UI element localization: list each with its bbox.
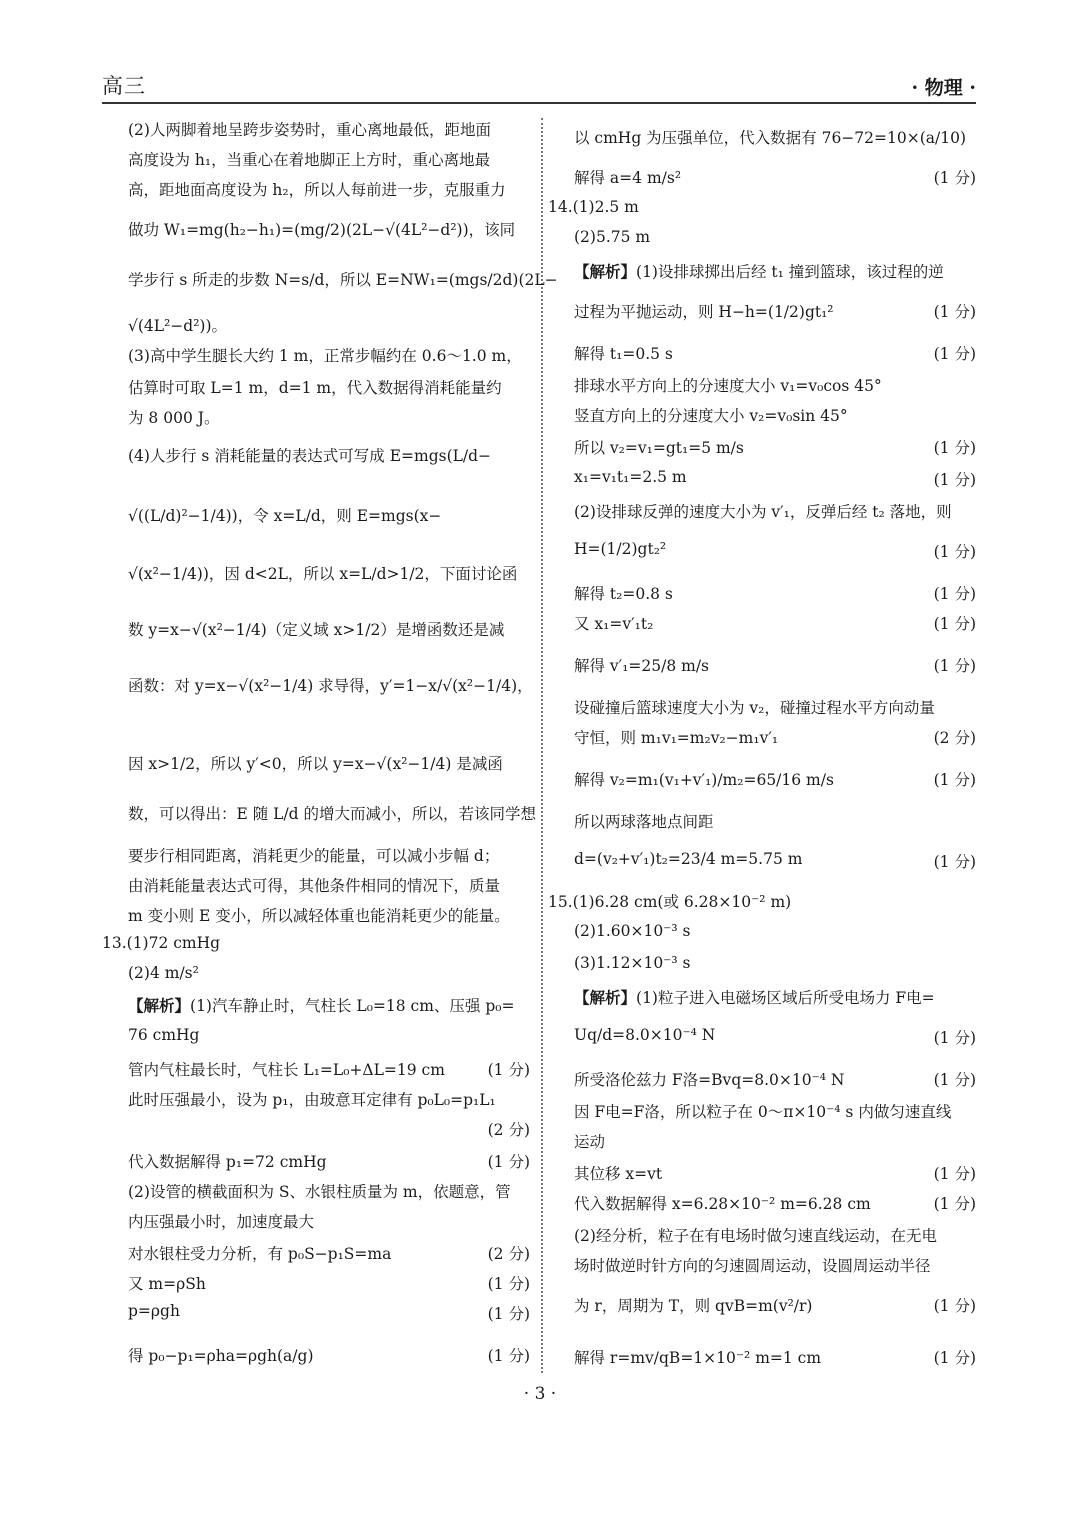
text-line: 又 m=ρSh(1 分)	[128, 1272, 530, 1294]
line-text: 高度设为 h₁，当重心在着地脚正上方时，重心离地最	[128, 148, 490, 170]
line-text: 所以两球落地点间距	[574, 810, 714, 832]
text-line: 14.(1)2.5 m	[548, 198, 976, 216]
analysis-label: 【解析】	[574, 262, 636, 281]
text-line: 因 F电=F洛，所以粒子在 0～π×10⁻⁴ s 内做匀速直线	[574, 1100, 976, 1122]
score-points: (1 分)	[934, 342, 976, 364]
line-text: 做功 W₁=mg(h₂−h₁)=(mg/2)(2L−√(4L²−d²))，该同	[128, 218, 515, 240]
text-line: 为 r，周期为 T，则 qvB=m(v²/r)(1 分)	[574, 1294, 976, 1316]
line-text: 13.(1)72 cmHg	[102, 934, 220, 952]
text-line: √(4L²−d²))。	[128, 314, 530, 336]
score-points: (1 分)	[934, 1068, 976, 1090]
text-line: √(x²−1/4))，因 d<2L，所以 x=L/d>1/2，下面讨论函	[128, 562, 530, 584]
text-line: 高，距地面高度设为 h₂，所以人每前进一步，克服重力	[128, 178, 530, 200]
line-text: 76 cmHg	[128, 1026, 199, 1044]
score-points: (1 分)	[934, 1346, 976, 1368]
text-line: x₁=v₁t₁=2.5 m(1 分)	[574, 468, 976, 486]
text-line: 解得 r=mv/qB=1×10⁻² m=1 cm(1 分)	[574, 1346, 976, 1368]
text-line: 守恒，则 m₁v₁=m₂v₂−m₁v′₁(2 分)	[574, 726, 976, 748]
text-line: 由消耗能量表达式可得，其他条件相同的情况下，质量	[128, 874, 530, 896]
score-points: (1 分)	[934, 850, 976, 872]
text-line: 要步行相同距离，消耗更少的能量，可以减小步幅 d；	[128, 844, 530, 866]
line-text: 代入数据解得 x=6.28×10⁻² m=6.28 cm	[574, 1192, 871, 1214]
text-line: (2)5.75 m	[574, 228, 976, 246]
line-text: 15.(1)6.28 cm(或 6.28×10⁻² m)	[548, 890, 791, 912]
text-line: 竖直方向上的分速度大小 v₂=v₀sin 45°	[574, 404, 976, 426]
text-line: (4)人步行 s 消耗能量的表达式可写成 E=mgs(L/d−	[128, 444, 530, 466]
text-line: 此时压强最小，设为 p₁，由玻意耳定律有 p₀L₀=p₁L₁	[128, 1088, 530, 1110]
line-text: 场时做逆时针方向的匀速圆周运动，设圆周运动半径	[574, 1254, 931, 1276]
text-line: 15.(1)6.28 cm(或 6.28×10⁻² m)	[548, 890, 976, 912]
text-line: (2)设排球反弹的速度大小为 v′₁，反弹后经 t₂ 落地，则	[574, 500, 976, 522]
text-line: (3)1.12×10⁻³ s	[574, 954, 976, 972]
line-text: (2)设管的横截面积为 S、水银柱质量为 m，依题意，管	[128, 1180, 511, 1202]
text-line: 管内气柱最长时，气柱长 L₁=L₀+ΔL=19 cm(1 分)	[128, 1058, 530, 1080]
text-line: 解得 t₁=0.5 s(1 分)	[574, 342, 976, 364]
analysis-label: 【解析】	[574, 988, 636, 1007]
line-text: 14.(1)2.5 m	[548, 198, 639, 216]
page-header: 高三 · 物理 ·	[102, 76, 976, 104]
score-points: (1 分)	[934, 768, 976, 790]
line-text: 因 x>1/2，所以 y′<0，所以 y=x−√(x²−1/4) 是减函	[128, 752, 503, 774]
line-text: 所以 v₂=v₁=gt₁=5 m/s	[574, 436, 744, 458]
score-points: (1 分)	[934, 1192, 976, 1214]
line-text: 【解析】(1)汽车静止时，气柱长 L₀=18 cm、压强 p₀=	[128, 994, 514, 1016]
line-text: 管内气柱最长时，气柱长 L₁=L₀+ΔL=19 cm	[128, 1058, 445, 1080]
score-points: (1 分)	[934, 654, 976, 676]
line-text: 解得 r=mv/qB=1×10⁻² m=1 cm	[574, 1346, 821, 1368]
text-line: d=(v₂+v′₁)t₂=23/4 m=5.75 m(1 分)	[574, 850, 976, 868]
text-line: 【解析】(1)设排球掷出后经 t₁ 撞到篮球，该过程的逆	[574, 260, 976, 282]
line-text: (2)1.60×10⁻³ s	[574, 922, 690, 940]
text-line: 过程为平抛运动，则 H−h=(1/2)gt₁²(1 分)	[574, 300, 976, 322]
line-text: (2)经分析，粒子在有电场时做匀速直线运动，在无电	[574, 1224, 937, 1246]
score-points: (1 分)	[488, 1272, 530, 1294]
text-line: (2 分)	[128, 1118, 530, 1136]
line-text: 运动	[574, 1130, 605, 1152]
line-text: 过程为平抛运动，则 H−h=(1/2)gt₁²	[574, 300, 834, 322]
line-text: 高，距地面高度设为 h₂，所以人每前进一步，克服重力	[128, 178, 506, 200]
page-number: · 3 ·	[0, 1384, 1080, 1404]
line-text: 因 F电=F洛，所以粒子在 0～π×10⁻⁴ s 内做匀速直线	[574, 1100, 951, 1122]
text-line: 为 8 000 J。	[128, 406, 530, 428]
score-points: (1 分)	[934, 166, 976, 188]
line-text: 排球水平方向上的分速度大小 v₁=v₀cos 45°	[574, 374, 882, 396]
text-line: 解得 v₂=m₁(v₁+v′₁)/m₂=65/16 m/s(1 分)	[574, 768, 976, 790]
score-points: (1 分)	[934, 612, 976, 634]
text-line: 13.(1)72 cmHg	[102, 934, 530, 952]
line-text: 此时压强最小，设为 p₁，由玻意耳定律有 p₀L₀=p₁L₁	[128, 1088, 496, 1110]
score-points: (1 分)	[934, 1294, 976, 1316]
text-line: 内压强最小时，加速度最大	[128, 1210, 530, 1232]
text-line: 做功 W₁=mg(h₂−h₁)=(mg/2)(2L−√(4L²−d²))，该同	[128, 218, 530, 240]
line-text: 数 y=x−√(x²−1/4)（定义域 x>1/2）是增函数还是减	[128, 618, 504, 640]
line-text: (2)人两脚着地呈跨步姿势时，重心离地最低，距地面	[128, 118, 491, 140]
line-text: 解得 t₁=0.5 s	[574, 342, 673, 364]
line-text: x₁=v₁t₁=2.5 m	[574, 468, 687, 486]
text-line: 运动	[574, 1130, 976, 1152]
text-line: p=ρgh(1 分)	[128, 1302, 530, 1320]
text-line: 76 cmHg	[128, 1026, 530, 1044]
text-line: 又 x₁=v′₁t₂(1 分)	[574, 612, 976, 634]
text-line: 解得 a=4 m/s²(1 分)	[574, 166, 976, 188]
line-text: 其位移 x=vt	[574, 1162, 662, 1184]
line-text: 数，可以得出：E 随 L/d 的增大而减小，所以，若该同学想	[128, 802, 536, 824]
score-points: (1 分)	[934, 300, 976, 322]
line-text: 为 8 000 J。	[128, 406, 219, 428]
line-text: 守恒，则 m₁v₁=m₂v₂−m₁v′₁	[574, 726, 778, 748]
score-points: (2 分)	[934, 726, 976, 748]
line-text: 学步行 s 所走的步数 N=s/d，所以 E=NW₁=(mgs/2d)(2L−	[128, 268, 558, 290]
text-line: 对水银柱受力分析，有 p₀S−p₁S=ma(2 分)	[128, 1242, 530, 1264]
line-text: 估算时可取 L=1 m，d=1 m，代入数据得消耗能量约	[128, 376, 502, 398]
text-line: m 变小则 E 变小，所以减轻体重也能消耗更少的能量。	[128, 904, 530, 926]
line-text: d=(v₂+v′₁)t₂=23/4 m=5.75 m	[574, 850, 802, 868]
text-line: H=(1/2)gt₂²(1 分)	[574, 540, 976, 558]
line-text: √(4L²−d²))。	[128, 314, 227, 336]
text-line: (2)1.60×10⁻³ s	[574, 922, 976, 940]
line-text: 解得 a=4 m/s²	[574, 166, 681, 188]
line-text: 【解析】(1)粒子进入电磁场区域后所受电场力 F电=	[574, 986, 935, 1008]
line-text: (2)4 m/s²	[128, 964, 199, 982]
line-text: 又 x₁=v′₁t₂	[574, 612, 653, 634]
text-line: 所受洛伦兹力 F洛=Bvq=8.0×10⁻⁴ N(1 分)	[574, 1068, 976, 1090]
text-line: 所以两球落地点间距	[574, 810, 976, 832]
text-line: 【解析】(1)汽车静止时，气柱长 L₀=18 cm、压强 p₀=	[128, 994, 530, 1016]
line-text: 对水银柱受力分析，有 p₀S−p₁S=ma	[128, 1242, 391, 1264]
subject-label: · 物理 ·	[912, 73, 976, 100]
text-line: 得 p₀−p₁=ρha=ρgh(a/g)(1 分)	[128, 1344, 530, 1366]
line-text: 由消耗能量表达式可得，其他条件相同的情况下，质量	[128, 874, 500, 896]
text-line: 因 x>1/2，所以 y′<0，所以 y=x−√(x²−1/4) 是减函	[128, 752, 530, 774]
line-text: √((L/d)²−1/4))，令 x=L/d，则 E=mgs(x−	[128, 504, 441, 526]
text-line: (3)高中学生腿长大约 1 m，正常步幅约在 0.6～1.0 m，	[128, 344, 530, 366]
score-points: (2 分)	[488, 1118, 530, 1140]
grade-label: 高三	[102, 70, 146, 100]
line-text: H=(1/2)gt₂²	[574, 540, 666, 558]
score-points: (1 分)	[934, 582, 976, 604]
line-text: 又 m=ρSh	[128, 1272, 206, 1294]
text-line: 数，可以得出：E 随 L/d 的增大而减小，所以，若该同学想	[128, 802, 530, 824]
line-text: 为 r，周期为 T，则 qvB=m(v²/r)	[574, 1294, 812, 1316]
line-text: (3)高中学生腿长大约 1 m，正常步幅约在 0.6～1.0 m，	[128, 344, 522, 366]
text-line: Uq/d=8.0×10⁻⁴ N(1 分)	[574, 1026, 976, 1044]
line-text: 内压强最小时，加速度最大	[128, 1210, 314, 1232]
text-line: 以 cmHg 为压强单位，代入数据有 76−72=10×(a/10)	[574, 126, 976, 148]
text-line: 解得 v′₁=25/8 m/s(1 分)	[574, 654, 976, 676]
column-divider	[541, 118, 543, 1373]
text-line: 场时做逆时针方向的匀速圆周运动，设圆周运动半径	[574, 1254, 976, 1276]
line-text: 解得 t₂=0.8 s	[574, 582, 673, 604]
line-text: (2)设排球反弹的速度大小为 v′₁，反弹后经 t₂ 落地，则	[574, 500, 952, 522]
line-text: 函数：对 y=x−√(x²−1/4) 求导得，y′=1−x/√(x²−1/4)，	[128, 674, 533, 696]
text-line: 其位移 x=vt(1 分)	[574, 1162, 976, 1184]
score-points: (1 分)	[934, 468, 976, 490]
line-text: √(x²−1/4))，因 d<2L，所以 x=L/d>1/2，下面讨论函	[128, 562, 517, 584]
text-line: 学步行 s 所走的步数 N=s/d，所以 E=NW₁=(mgs/2d)(2L−	[128, 268, 530, 290]
score-points: (1 分)	[934, 1162, 976, 1184]
score-points: (1 分)	[934, 1026, 976, 1048]
score-points: (1 分)	[488, 1302, 530, 1324]
text-line: 数 y=x−√(x²−1/4)（定义域 x>1/2）是增函数还是减	[128, 618, 530, 640]
text-line: 估算时可取 L=1 m，d=1 m，代入数据得消耗能量约	[128, 376, 530, 398]
text-line: (2)人两脚着地呈跨步姿势时，重心离地最低，距地面	[128, 118, 530, 140]
line-text: 解得 v₂=m₁(v₁+v′₁)/m₂=65/16 m/s	[574, 768, 834, 790]
text-line: 解得 t₂=0.8 s(1 分)	[574, 582, 976, 604]
text-line: 【解析】(1)粒子进入电磁场区域后所受电场力 F电=	[574, 986, 976, 1008]
text-line: 高度设为 h₁，当重心在着地脚正上方时，重心离地最	[128, 148, 530, 170]
analysis-label: 【解析】	[128, 996, 190, 1015]
line-text: 竖直方向上的分速度大小 v₂=v₀sin 45°	[574, 404, 848, 426]
score-points: (1 分)	[934, 540, 976, 562]
score-points: (1 分)	[488, 1150, 530, 1172]
line-text: 要步行相同距离，消耗更少的能量，可以减小步幅 d；	[128, 844, 499, 866]
line-text: p=ρgh	[128, 1302, 180, 1320]
line-text: m 变小则 E 变小，所以减轻体重也能消耗更少的能量。	[128, 904, 510, 926]
line-text: 所受洛伦兹力 F洛=Bvq=8.0×10⁻⁴ N	[574, 1068, 844, 1090]
line-text: 设碰撞后篮球速度大小为 v₂，碰撞过程水平方向动量	[574, 696, 935, 718]
text-line: 代入数据解得 x=6.28×10⁻² m=6.28 cm(1 分)	[574, 1192, 976, 1214]
text-line: (2)4 m/s²	[128, 964, 530, 982]
line-text: Uq/d=8.0×10⁻⁴ N	[574, 1026, 715, 1044]
text-line: 所以 v₂=v₁=gt₁=5 m/s(1 分)	[574, 436, 976, 458]
text-line: 排球水平方向上的分速度大小 v₁=v₀cos 45°	[574, 374, 976, 396]
score-points: (1 分)	[934, 436, 976, 458]
line-text: (4)人步行 s 消耗能量的表达式可写成 E=mgs(L/d−	[128, 444, 491, 466]
text-line: 设碰撞后篮球速度大小为 v₂，碰撞过程水平方向动量	[574, 696, 976, 718]
score-points: (2 分)	[488, 1242, 530, 1264]
line-text: (2)5.75 m	[574, 228, 650, 246]
text-line: (2)设管的横截面积为 S、水银柱质量为 m，依题意，管	[128, 1180, 530, 1202]
text-line: √((L/d)²−1/4))，令 x=L/d，则 E=mgs(x−	[128, 504, 530, 526]
line-text: 以 cmHg 为压强单位，代入数据有 76−72=10×(a/10)	[574, 126, 966, 148]
line-text: (3)1.12×10⁻³ s	[574, 954, 690, 972]
score-points: (1 分)	[488, 1058, 530, 1080]
line-text: 解得 v′₁=25/8 m/s	[574, 654, 709, 676]
line-text: 得 p₀−p₁=ρha=ρgh(a/g)	[128, 1344, 314, 1366]
line-text: 【解析】(1)设排球掷出后经 t₁ 撞到篮球，该过程的逆	[574, 260, 944, 282]
text-line: (2)经分析，粒子在有电场时做匀速直线运动，在无电	[574, 1224, 976, 1246]
line-text: 代入数据解得 p₁=72 cmHg	[128, 1150, 327, 1172]
text-line: 代入数据解得 p₁=72 cmHg(1 分)	[128, 1150, 530, 1172]
text-line: 函数：对 y=x−√(x²−1/4) 求导得，y′=1−x/√(x²−1/4)，	[128, 674, 530, 696]
score-points: (1 分)	[488, 1344, 530, 1366]
